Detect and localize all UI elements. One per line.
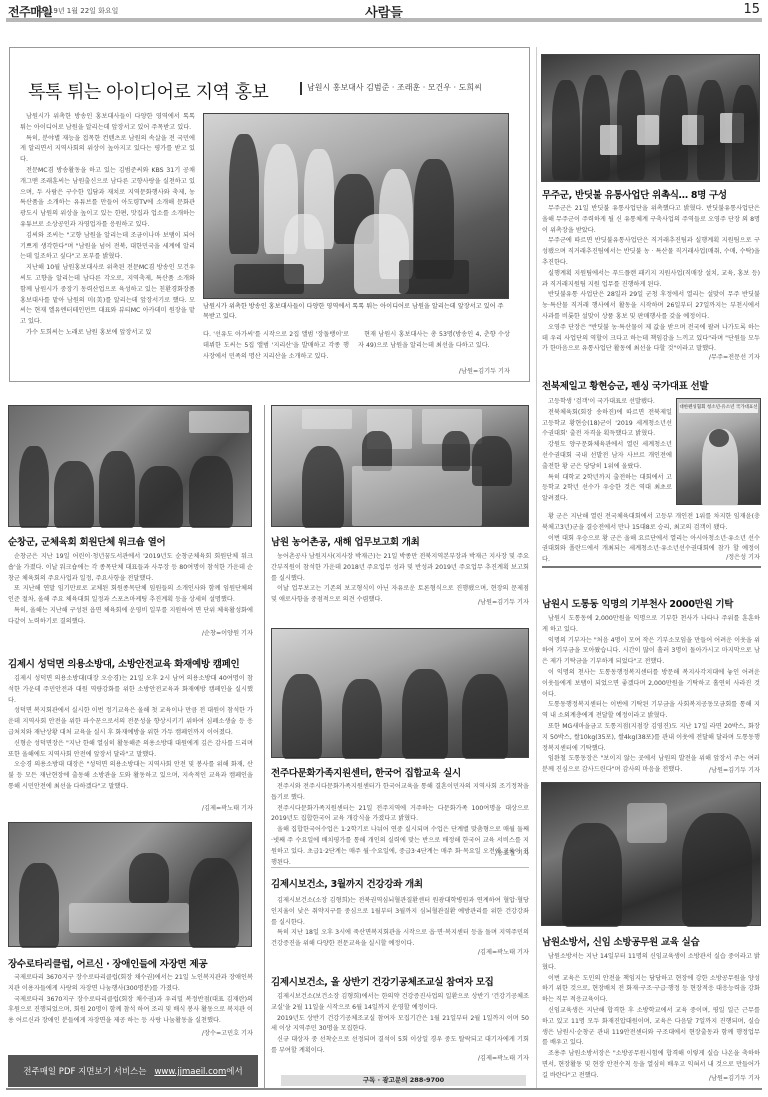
paragraph: 황 군은 지난해 열린 전국체육대회에서 고등부 개인전 1위를 차지한 임재윤… — [542, 512, 760, 534]
column-divider — [264, 405, 265, 1088]
paragraph: 전북체육회(회장 송하진)에 따르면 전북제일고등학교 황현승(18)군이 '2… — [542, 408, 672, 440]
fire-byline: /남원=김기두 기자 — [542, 1073, 760, 1082]
paragraph: 오승경 의용소방대 대장은 "성덕면 의용소방대는 지역사회 안전 및 봉사를 … — [8, 760, 253, 792]
paragraph: 익명의 기부자는 "처음 4명이 모여 작은 기부소모임을 만들어 어려운 이웃… — [542, 636, 760, 668]
nongeochon-headline: 남원 농어촌공, 새해 업무보고회 개최 — [271, 534, 420, 548]
feature-subheadline: 남원시 홍보대사 김범준 · 조래훈 · 모건우 · 도희씨 — [307, 82, 482, 93]
paragraph: 반딧불유통 사업단은 28일과 29일 군청 후정에서 열리는 설맞이 무주 반… — [542, 290, 760, 322]
multicultural-byline: /송효철 기자 — [271, 848, 529, 857]
footer-rule — [6, 1088, 762, 1090]
nongeochon-byline: /남원=김기두 기자 — [271, 597, 529, 606]
feature-body-col2: 다. '선유도 아가씨'를 시작으로 2집 앨범 '장돌뱅이'로 데뷔한 도씨는… — [203, 330, 349, 362]
fencing-byline: /정은성 기자 — [542, 552, 760, 561]
fire-training-photo — [541, 782, 761, 926]
pdf-service-text: 전주매일 PDF 지면보기 서비스는 — [23, 1065, 146, 1077]
divider — [271, 867, 529, 868]
dotong-body: 남원시 도통동에 2,000만원을 익명으로 기부한 천사가 나타나 주위를 훈… — [542, 614, 760, 776]
paragraph: 고등학생 '검객'이 국가대표로 선발됐다. — [542, 397, 672, 408]
header-rule — [6, 18, 762, 22]
sunchang-workshop-photo — [8, 405, 252, 527]
paragraph: 남원시 도통동에 2,000만원을 익명으로 기부한 천사가 나타나 주위를 훈… — [542, 614, 760, 636]
paragraph: 무주군에 따르면 반딧불유통사업단은 직거래추진팀과 실행계획 지원팀으로 구성… — [542, 236, 760, 268]
dotong-headline: 남원시 도통동 익명의 기부천사 2000만원 기탁 — [542, 596, 733, 610]
multicultural-headline: 전주다문화가족지원센터, 한국어 집합교육 실시 — [271, 765, 461, 779]
rotary-body: 국제로타리 3670지구 장수로타리클럽(회장 채수권)에서는 21일 노인복지… — [8, 973, 253, 1027]
paragraph: 신임교육생은 지난해 합격한 후 소방학교에서 교육 중이며, 평일 일근 근무… — [542, 1006, 760, 1049]
paragraph: 이 익명의 천사는 도통동행정복지센터를 방문해 복지사각지대에 놓인 어려운 … — [542, 668, 760, 700]
paragraph: 김제시 성덕면 의용소방대(대장 오승경)는 21일 오후 2시 남여 의용소방… — [8, 674, 253, 706]
website-link[interactable]: www.jjmaeil.com — [154, 1067, 226, 1077]
paragraph: 성덕면 복지회관에서 실시한 이번 정기교육은 올해 첫 교육이나 만큼 전 대… — [8, 706, 253, 738]
qigong-byline: /김제=곽노태 기자 — [271, 1053, 529, 1062]
paragraph: 남원시가 위촉한 방송인 홍보대사들이 다양한 영역에서 톡톡 튀는 아이디어로… — [20, 112, 195, 134]
paragraph: 실행계획 지원팀에서는 푸드플랜 패키지 지원사업(직매장 설치, 교육, 홍보… — [542, 269, 760, 291]
fencing-body: 고등학생 '검객'이 국가대표로 선발됐다. 전북체육회(회장 송하진)에 따르… — [542, 397, 672, 505]
paragraph: 국제로타리 3670지구 장수로타리클럽(회장 채수권)과 우리밀 복정반점(대… — [8, 995, 253, 1027]
sunchang-headline: 순창군, 군체육회 회원단체 워크숍 열어 — [8, 534, 165, 548]
paragraph: 2019년도 상반기 건강기공체조교실 참여자 모집기간은 1월 21일부터 2… — [271, 1014, 529, 1036]
paragraph: 이번 대회 우승으로 황 군은 올해 요르단에서 열리는 아시아청소년·유소년 … — [542, 534, 760, 566]
rotary-headline: 장수로타리클럽, 어르신 · 장애인들에 자장면 제공 — [8, 956, 207, 970]
paragraph: 올해 집합한국어수업은 1·2학기로 나눠어 연중 실시되며 수업은 단계별 맞… — [271, 825, 529, 868]
fire-body: 남원소방서는 지난 14일부터 11명의 신임교육생이 소방관서 실습 중이라고… — [542, 952, 760, 1082]
paragraph: 김제시보건소(소장 김형희)는 전북권역심뇌혈관질환센터 원광대학병원과 연계하… — [271, 896, 529, 928]
muju-byline: /무주=전문선 기자 — [542, 352, 760, 361]
subscription-ad-bar: 구독 · 광고문의 288-9700 — [281, 1075, 526, 1086]
paragraph: 특히 대학교 2학년까지 출전하는 대회에서 고등학교 2학년 선수가 우승한 … — [542, 473, 672, 505]
paragraph: 전주시와 전주시다문화가족지원센터가 한국어교육을 통해 결혼이민자의 지역사회… — [271, 782, 529, 804]
page-number: 15 — [743, 2, 760, 17]
paragraph: 무주군은 21일 반딧불 유통사업단을 위촉했다고 밝혔다. 반딧불유통사업단은… — [542, 204, 760, 236]
feature-body-col3: 현재 남원시 홍보대사는 총 53명(방송인 4, 춘향 수상자 49)으로 남… — [358, 330, 510, 352]
paragraph: 현재 남원시 홍보대사는 총 53명(방송인 4, 춘향 수상자 49)으로 남… — [358, 330, 510, 352]
paragraph: 순창군은 지난 19일 어린이·청년꿈도서관에서 '2019년도 순창군체육회 … — [8, 552, 253, 584]
pdf-service-banner: 전주매일 PDF 지면보기 서비스는 www.jjmaeil.com에서 — [8, 1055, 258, 1087]
paragraph: 국제로타리 3670지구 장수로타리클럽(회장 채수권)에서는 21일 노인복지… — [8, 973, 253, 995]
sunchang-byline: /순창=이양원 기자 — [8, 628, 253, 637]
nongeochon-meeting-photo — [271, 405, 529, 527]
paragraph: 또한 MG새마을금고 도통지점(지점장 김영진)도 지난 17일 라면 20박스… — [542, 722, 760, 754]
feature-photo-ambassadors — [203, 113, 509, 299]
feature-byline: /남원=김기두 기자 — [358, 366, 510, 375]
paragraph: 다. '선유도 아가씨'를 시작으로 2집 앨범 '장돌뱅이'로 데뷔한 도씨는… — [203, 330, 349, 362]
column-divider — [536, 47, 537, 1088]
paragraph: 지난해 10월 남원홍보대사로 위촉된 전문MC겸 방송인 모건우씨도 고향을 … — [20, 263, 195, 328]
paragraph: 특히, 분야별 재능을 접목한 컨텐츠로 남원의 속살을 전 국민에게 알리면서… — [20, 134, 195, 166]
multicultural-class-photo — [271, 628, 529, 758]
paragraph: 김제시보건소(보건소장 김형희)에서는 한의약 건강증진사업의 일환으로 상반기… — [271, 992, 529, 1014]
paragraph: 강원도 양구문화체육관에서 열린 세계청소년선수권대회 국내 선발전 남자 사브… — [542, 440, 672, 472]
fencing-headline: 전북제일고 황현승군, 펜싱 국가대표 선발 — [542, 378, 708, 392]
paragraph: 오영주 단장은 "반딧불 농·특산물이 제 값을 받으며 전국에 팔려 나가도록… — [542, 323, 760, 355]
paragraph: 도통동행정복지센터는 이번에 기탁된 기부금을 사회복지공동모금회를 통해 지역… — [542, 700, 760, 722]
gimje-fire-byline: /김제=곽노태 기자 — [8, 803, 253, 812]
paragraph: 남원소방서는 지난 14일부터 11명의 신임교육생이 소방관서 실습 중이라고… — [542, 952, 760, 974]
fencing-photo-banner: 대한펜싱협회 청소년·유소년 국가대표선 — [679, 403, 758, 413]
paragraph: 전문MC겸 방송활동을 하고 있는 김범준씨와 KBS 31기 공채 개그맨 조… — [20, 166, 195, 231]
health-lecture-headline: 김제시보건소, 3월까지 건강강좌 개최 — [271, 876, 423, 890]
pdf-service-suffix: 에서 — [226, 1067, 242, 1077]
feature-headline: 톡톡 튀는 아이디어로 지역 홍보 — [28, 78, 268, 104]
qigong-headline: 김제시보건소, 올 상반기 건강기공체조교실 참여자 모집 — [271, 974, 494, 988]
rotary-photo — [8, 822, 252, 947]
dotong-byline: /남원=김기두 기자 — [542, 765, 760, 774]
fencing-photo: 대한펜싱협회 청소년·유소년 국가대표선 — [676, 398, 761, 505]
paragraph: 신형순 성덕면장은 "지난 한해 열심히 활동해준 의용소방대 대원에게 깊은 … — [8, 739, 253, 761]
gimje-fire-headline: 김제시 성덕면 의용소방대, 소방안전교육 화재예방 캠페인 — [8, 656, 239, 670]
divider — [542, 566, 761, 568]
paragraph: 김씨와 조씨는 "고향 남원을 알리는데 조금이나마 보탬이 되어 기쁘게 생각… — [20, 231, 195, 263]
sunchang-body: 순창군은 지난 19일 어린이·청년꿈도서관에서 '2019년도 순창군체육회 … — [8, 552, 253, 628]
fire-headline: 남원소방서, 신임 소방공무원 교육 실습 — [542, 934, 699, 948]
paragraph: 이번 교육은 도민의 안전을 책임지는 담당하고 현장에 강한 소방공무원을 양… — [542, 974, 760, 1006]
paragraph: 특히, 올해는 지난해 구성된 읍면 체육회에 운영비 일부를 지원하여 면 단… — [8, 606, 253, 628]
gimje-fire-body: 김제시 성덕면 의용소방대(대장 오승경)는 21일 오후 2시 남여 의용소방… — [8, 674, 253, 793]
muju-photo — [541, 54, 760, 182]
feature-divider — [300, 82, 302, 95]
feature-photo-caption: 남원시가 위촉한 방송인 홍보대사들이 다양한 영역에서 톡톡 튀는 아이디어로… — [203, 302, 509, 322]
qigong-body: 김제시보건소(보건소장 김형희)에서는 한의약 건강증진사업의 일환으로 상반기… — [271, 992, 529, 1057]
paragraph: 가수 도희씨는 노래로 남원 홍보에 앞장서고 있 — [20, 328, 195, 339]
muju-body: 무주군은 21일 반딧불 유통사업단을 위촉했다고 밝혔다. 반딧불유통사업단은… — [542, 204, 760, 355]
paragraph: 농어촌공사 남원지사(지사장 박재근)는 21일 박종만 전북지역본부장과 박재… — [271, 552, 529, 584]
health-lecture-body: 김제시보건소(소장 김형희)는 전북권역심뇌혈관질환센터 원광대학병원과 연계하… — [271, 896, 529, 950]
paragraph: 전주시다문화가족지원센터는 21일 전주지역에 거주하는 다문화가족 100여명… — [271, 804, 529, 826]
health-lecture-byline: /김제=곽노태 기자 — [271, 947, 529, 956]
feature-body-col1: 남원시가 위촉한 방송인 홍보대사들이 다양한 영역에서 톡톡 튀는 아이디어로… — [20, 112, 195, 339]
muju-headline: 무주군, 반딧불 유통사업단 위촉식… 8명 구성 — [542, 187, 727, 201]
paragraph: 또 지난해 연말 임기만료로 교체된 회원종목단체 임원들의 소개인사와 함께 … — [8, 584, 253, 606]
rotary-byline: /장수=고민호 기자 — [8, 1028, 253, 1037]
